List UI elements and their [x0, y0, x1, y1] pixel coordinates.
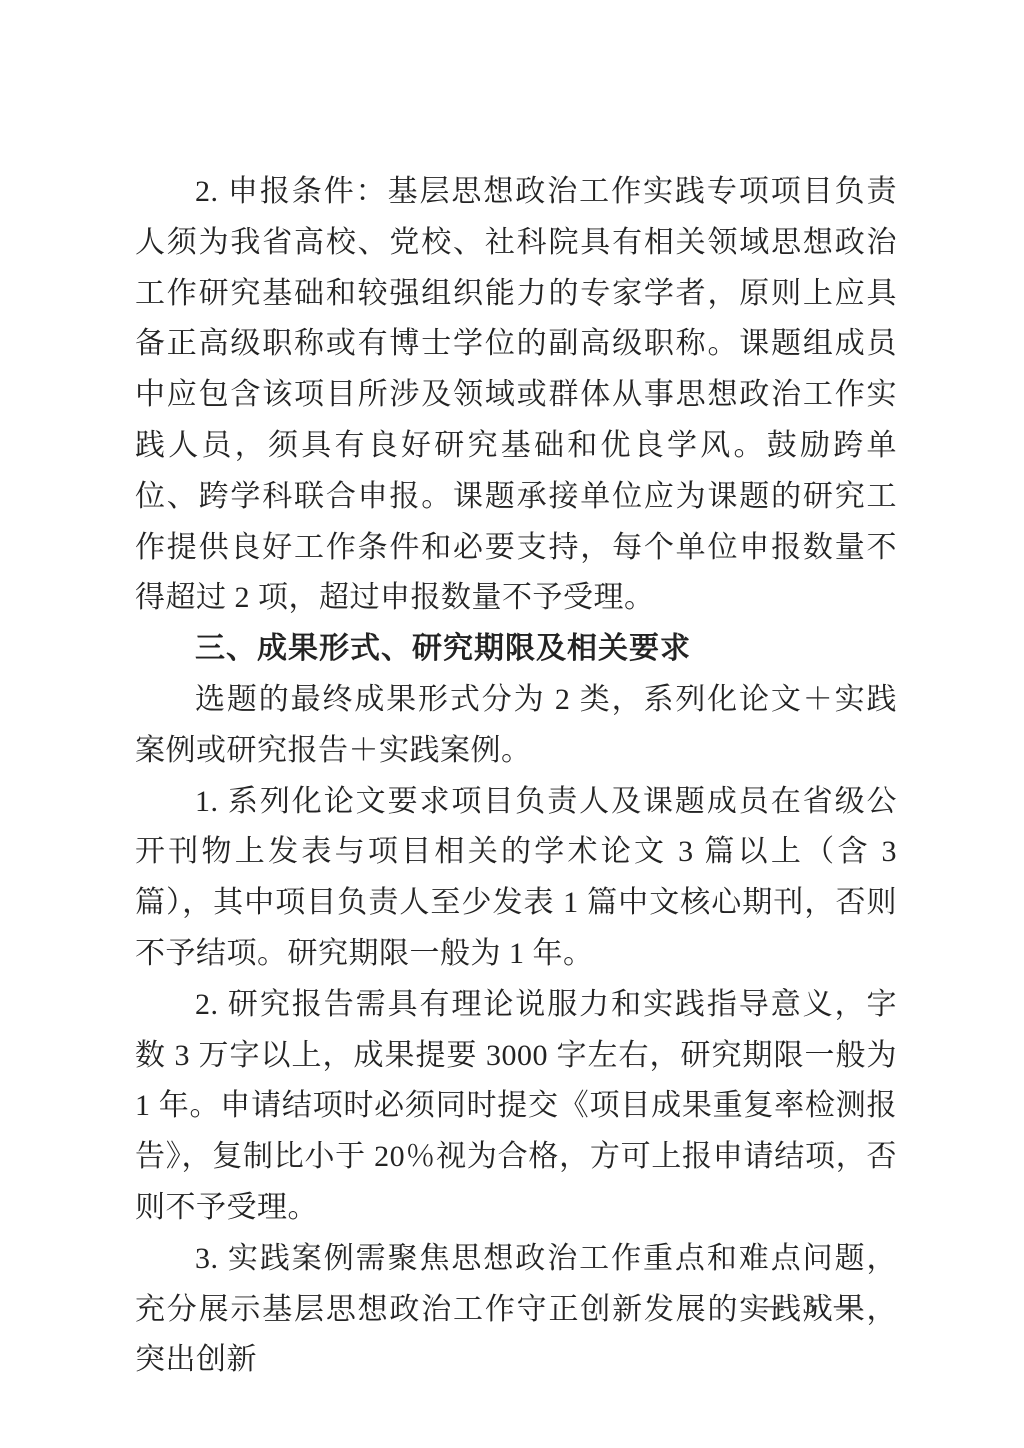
- paragraph-serial-papers-requirement: 1. 系列化论文要求项目负责人及课题成员在省级公开刊物上发表与项目相关的学术论文…: [135, 777, 897, 980]
- paragraph-research-report-requirement: 2. 研究报告需具有理论说服力和实践指导意义，字数 3 万字以上，成果提要 30…: [135, 980, 897, 1234]
- page-number: — 3 —: [758, 1290, 866, 1320]
- section-heading-results-requirements: 三、成果形式、研究期限及相关要求: [135, 624, 897, 675]
- paragraph-application-conditions: 2. 申报条件：基层思想政治工作实践专项项目负责人须为我省高校、党校、社科院具有…: [135, 167, 897, 624]
- document-body: 2. 申报条件：基层思想政治工作实践专项项目负责人须为我省高校、党校、社科院具有…: [135, 167, 897, 1386]
- paragraph-result-types: 选题的最终成果形式分为 2 类，系列化论文＋实践案例或研究报告＋实践案例。: [135, 675, 897, 777]
- document-page: 2. 申报条件：基层思想政治工作实践专项项目负责人须为我省高校、党校、社科院具有…: [0, 0, 1024, 1448]
